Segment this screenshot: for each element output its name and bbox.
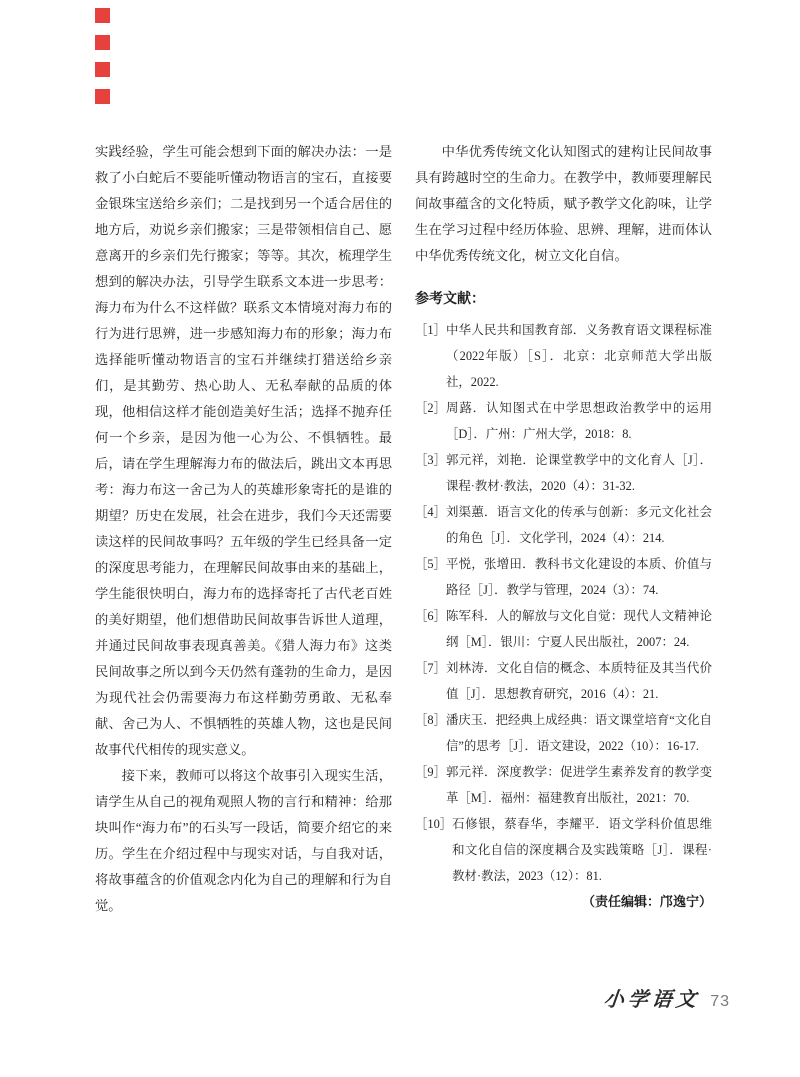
print-mark [95, 8, 110, 23]
reference-marker: ［6］ [415, 603, 446, 655]
reference-marker: ［10］ [415, 811, 452, 889]
reference-text: 周蕗．认知图式在中学思想政治教学中的运用［D］．广州：广州大学，2018：8. [446, 395, 712, 447]
reference-item: ［1］中华人民共和国教育部．义务教育语文课程标准（2022年版）［S］．北京：北… [415, 317, 712, 395]
references-list: ［1］中华人民共和国教育部．义务教育语文课程标准（2022年版）［S］．北京：北… [415, 317, 712, 889]
reference-text: 郭元祥．深度教学：促进学生素养发育的教学变革［M］．福州：福建教育出版社，202… [446, 759, 712, 811]
reference-item: ［5］平悦，张增田．教科书文化建设的本质、价值与路径［J］．教学与管理，2024… [415, 551, 712, 603]
body-paragraph: 接下来，教师可以将这个故事引入现实生活，请学生从自己的视角观照人物的言行和精神：… [95, 763, 392, 919]
reference-marker: ［3］ [415, 447, 446, 499]
reference-item: ［8］潘庆玉．把经典上成经典：语文课堂培育“文化自信”的思考［J］．语文建设，2… [415, 707, 712, 759]
reference-text: 陈军科．人的解放与文化自觉：现代人文精神论纲［M］．银川：宁夏人民出版社，200… [446, 603, 712, 655]
journal-brand: 小学语文 [603, 983, 702, 1012]
reference-item: ［7］刘林涛．文化自信的概念、本质特征及其当代价值［J］．思想教育研究，2016… [415, 655, 712, 707]
reference-text: 郭元祥，刘艳．论课堂教学中的文化育人［J］．课程·教材·教法，2020（4）：3… [446, 447, 712, 499]
reference-marker: ［2］ [415, 395, 446, 447]
print-mark [95, 89, 110, 104]
right-text-column: 中华优秀传统文化认知图式的建构让民间故事具有跨越时空的生命力。在教学中，教师要理… [415, 139, 712, 915]
reference-item: ［10］石修银，蔡春华，李耀平．语文学科价值思维和文化自信的深度耦合及实践策略［… [415, 811, 712, 889]
reference-text: 潘庆玉．把经典上成经典：语文课堂培育“文化自信”的思考［J］．语文建设，2022… [446, 707, 712, 759]
reference-item: ［4］刘渠蕙．语言文化的传承与创新：多元文化社会的角色［J］．文化学刊，2024… [415, 499, 712, 551]
reference-text: 刘林涛．文化自信的概念、本质特征及其当代价值［J］．思想教育研究，2016（4）… [446, 655, 712, 707]
reference-text: 石修银，蔡春华，李耀平．语文学科价值思维和文化自信的深度耦合及实践策略［J］．课… [452, 811, 712, 889]
reference-marker: ［7］ [415, 655, 446, 707]
body-paragraph: 中华优秀传统文化认知图式的建构让民间故事具有跨越时空的生命力。在教学中，教师要理… [415, 139, 712, 269]
page-number: 73 [710, 993, 730, 1011]
reference-marker: ［1］ [415, 317, 446, 395]
references-heading: 参考文献： [415, 285, 712, 311]
reference-marker: ［4］ [415, 499, 446, 551]
left-text-column: 实践经验，学生可能会想到下面的解决办法：一是救了小白蛇后不要能听懂动物语言的宝石… [95, 139, 392, 919]
reference-item: ［3］郭元祥，刘艳．论课堂教学中的文化育人［J］．课程·教材·教法，2020（4… [415, 447, 712, 499]
reference-marker: ［8］ [415, 707, 446, 759]
reference-text: 平悦，张增田．教科书文化建设的本质、价值与路径［J］．教学与管理，2024（3）… [446, 551, 712, 603]
reference-marker: ［9］ [415, 759, 446, 811]
reference-item: ［2］周蕗．认知图式在中学思想政治教学中的运用［D］．广州：广州大学，2018：… [415, 395, 712, 447]
body-paragraph: 实践经验，学生可能会想到下面的解决办法：一是救了小白蛇后不要能听懂动物语言的宝石… [95, 139, 392, 763]
reference-item: ［9］郭元祥．深度教学：促进学生素养发育的教学变革［M］．福州：福建教育出版社，… [415, 759, 712, 811]
print-mark [95, 35, 110, 50]
print-marks [95, 8, 110, 104]
reference-marker: ［5］ [415, 551, 446, 603]
print-mark [95, 62, 110, 77]
reference-text: 刘渠蕙．语言文化的传承与创新：多元文化社会的角色［J］．文化学刊，2024（4）… [446, 499, 712, 551]
editor-note: （责任编辑：邝逸宁） [415, 889, 712, 915]
reference-text: 中华人民共和国教育部．义务教育语文课程标准（2022年版）［S］．北京：北京师范… [446, 317, 712, 395]
page-footer: 小学语文 73 [604, 983, 730, 1012]
reference-item: ［6］陈军科．人的解放与文化自觉：现代人文精神论纲［M］．银川：宁夏人民出版社，… [415, 603, 712, 655]
